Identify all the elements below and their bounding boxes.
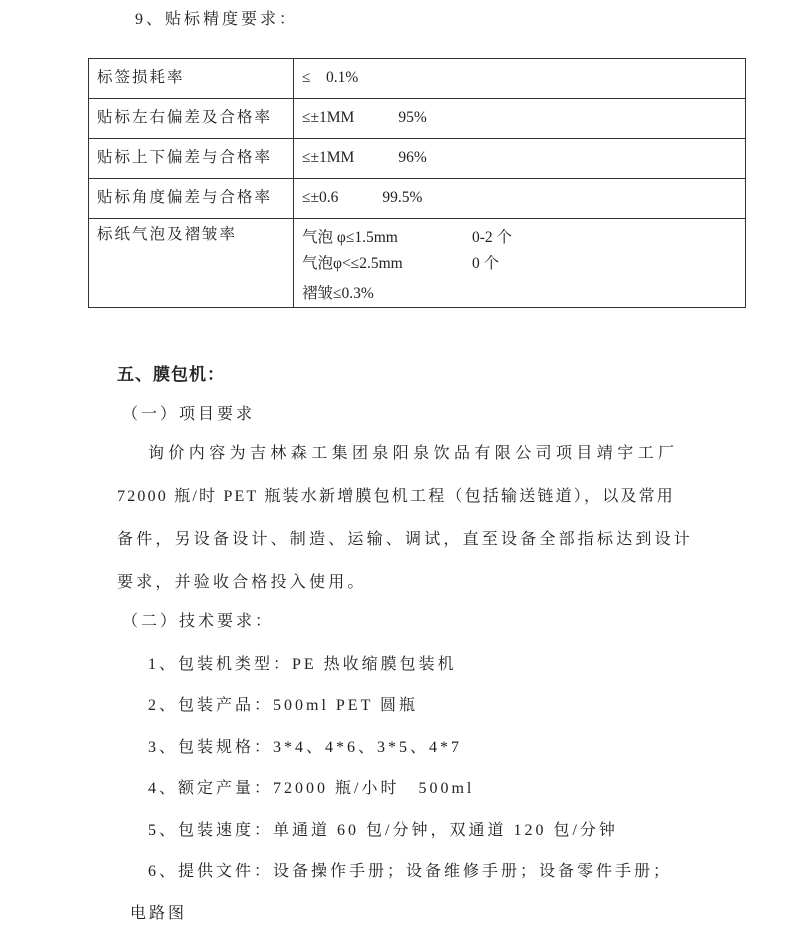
row-value: ≤±1MM95% xyxy=(294,99,746,139)
rate-text: 96% xyxy=(398,149,426,166)
row-value: ≤ 0.1% xyxy=(294,59,746,99)
tech-item: 1、包装机类型：PE 热收缩膜包装机 xyxy=(148,651,457,674)
paragraph-line: 备件，另设备设计、制造、运输、调试，直至设备全部指标达到设计 xyxy=(117,526,693,549)
label-precision-table: 标签损耗率 ≤ 0.1% 贴标左右偏差及合格率 ≤±1MM95% 贴标上下偏差与… xyxy=(88,58,746,308)
table-row: 贴标角度偏差与合格率 ≤±0.699.5% xyxy=(89,179,746,219)
table-row: 标签损耗率 ≤ 0.1% xyxy=(89,59,746,99)
table-row: 贴标左右偏差及合格率 ≤±1MM95% xyxy=(89,99,746,139)
value-line: 气泡φ<≤2.5mm0 个 xyxy=(302,251,737,277)
value-text: 气泡φ<≤2.5mm xyxy=(302,251,472,277)
table-row: 贴标上下偏差与合格率 ≤±1MM96% xyxy=(89,139,746,179)
row-label: 贴标角度偏差与合格率 xyxy=(89,179,294,219)
paragraph-line: 要求，并验收合格投入使用。 xyxy=(117,569,367,592)
tech-item: 5、包装速度：单通道 60 包/分钟，双通道 120 包/分钟 xyxy=(148,817,618,840)
tech-item: 3、包装规格：3*4、4*6、3*5、4*7 xyxy=(148,734,462,757)
tech-item-continuation: 电路图 xyxy=(130,900,187,923)
rate-text: 95% xyxy=(398,109,426,126)
section-5-heading: 五、膜包机： xyxy=(117,360,225,385)
table-row: 标纸气泡及褶皱率 气泡 φ≤1.5mm0-2 个 气泡φ<≤2.5mm0 个 褶… xyxy=(89,219,746,308)
tech-item: 4、额定产量：72000 瓶/小时 500ml xyxy=(148,775,474,798)
value-text: ≤±1MM xyxy=(302,109,354,126)
section-9-heading: 9、贴标精度要求： xyxy=(135,6,298,29)
value-text: ≤±1MM xyxy=(302,149,354,166)
value-text: 褶皱≤0.3% xyxy=(302,285,374,302)
rate-text: 0-2 个 xyxy=(472,229,512,246)
value-line: 褶皱≤0.3% xyxy=(302,281,737,307)
subsection-1-heading: （一）项目要求 xyxy=(122,401,255,424)
subsection-2-heading: （二）技术要求： xyxy=(122,608,274,631)
row-value: ≤±1MM96% xyxy=(294,139,746,179)
row-value: ≤±0.699.5% xyxy=(294,179,746,219)
value-text: ≤ 0.1% xyxy=(302,69,358,86)
paragraph-line: 72000 瓶/时 PET 瓶装水新增膜包机工程（包括输送链道），以及常用 xyxy=(117,483,675,506)
value-text: 气泡 φ≤1.5mm xyxy=(302,225,472,251)
tech-item: 6、提供文件：设备操作手册；设备维修手册；设备零件手册； xyxy=(148,858,672,881)
row-label: 标纸气泡及褶皱率 xyxy=(89,219,294,308)
row-value: 气泡 φ≤1.5mm0-2 个 气泡φ<≤2.5mm0 个 褶皱≤0.3% xyxy=(294,219,746,308)
tech-item: 2、包装产品：500ml PET 圆瓶 xyxy=(148,692,418,715)
row-label: 贴标左右偏差及合格率 xyxy=(89,99,294,139)
value-text: ≤±0.6 xyxy=(302,189,338,206)
rate-text: 0 个 xyxy=(472,255,499,272)
paragraph-line: 询价内容为吉林森工集团泉阳泉饮品有限公司项目靖宇工厂 xyxy=(148,440,678,463)
value-line: 气泡 φ≤1.5mm0-2 个 xyxy=(302,225,737,251)
rate-text: 99.5% xyxy=(382,189,422,206)
row-label: 标签损耗率 xyxy=(89,59,294,99)
row-label: 贴标上下偏差与合格率 xyxy=(89,139,294,179)
